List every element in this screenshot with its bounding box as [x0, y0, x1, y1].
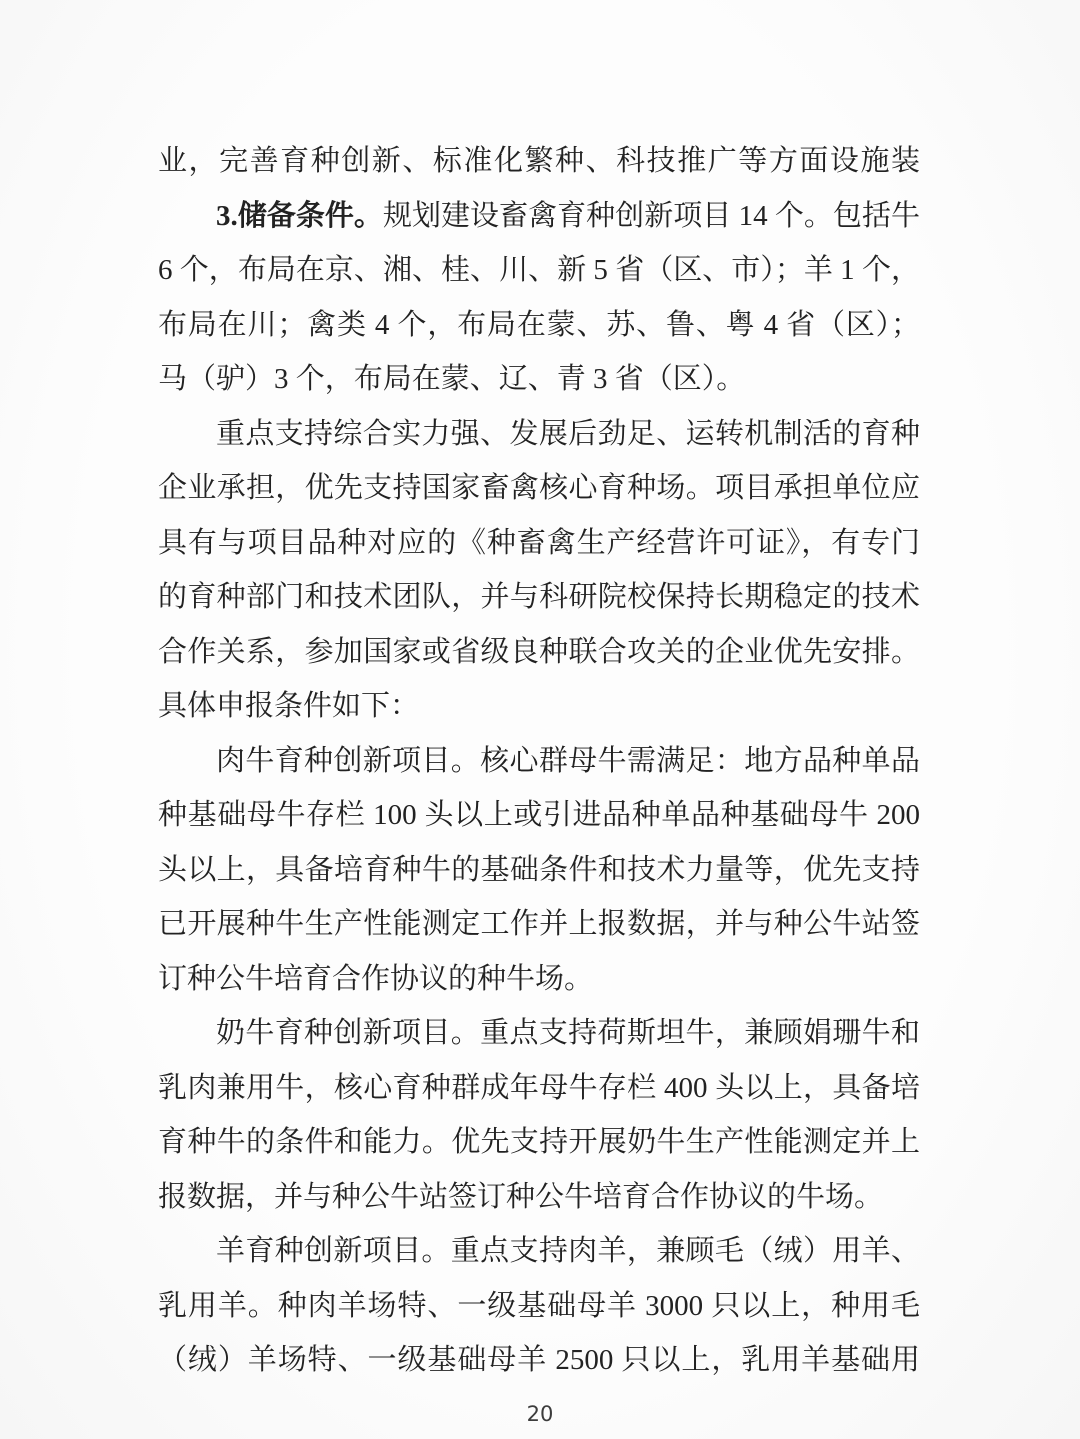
text-line: 羊育种创新项目。重点支持肉羊，兼顾毛（绒）用羊、	[158, 1224, 920, 1279]
text-line: 业，完善育种创新、标准化繁种、科技推广等方面设施装备。	[158, 134, 920, 189]
bold-heading-run: 3.储备条件。	[216, 200, 383, 232]
document-page: 业，完善育种创新、标准化繁种、科技推广等方面设施装备。3.储备条件。规划建设畜禽…	[0, 0, 1080, 1439]
text-line: 乳肉兼用牛，核心育种群成年母牛存栏 400 头以上，具备培	[158, 1061, 920, 1116]
text-run: 6 个，布局在京、湘、桂、川、新 5 省（区、市）；羊 1 个，	[158, 254, 920, 286]
text-run: 业，完善育种创新、标准化繁种、科技推广等方面设施装备。	[158, 145, 920, 189]
text-run: 头以上，具备培育种牛的基础条件和技术力量等，优先支持	[158, 854, 920, 886]
text-run: 企业承担，优先支持国家畜禽核心育种场。项目承担单位应	[158, 472, 920, 504]
text-line: （绒）羊场特、一级基础母羊 2500 只以上，乳用羊基础用	[158, 1333, 920, 1388]
text-run: 育种牛的条件和能力。优先支持开展奶牛生产性能测定并上	[158, 1126, 920, 1158]
text-run: 具体申报条件如下：	[158, 690, 419, 722]
text-run: 具有与项目品种对应的《种畜禽生产经营许可证》，有专门	[158, 527, 920, 559]
text-run: 规划建设畜禽育种创新项目 14 个。包括牛	[383, 200, 920, 232]
text-run: 合作关系，参加国家或省级良种联合攻关的企业优先安排。	[158, 636, 920, 668]
text-line: 乳用羊。种肉羊场特、一级基础母羊 3000 只以上，种用毛	[158, 1279, 920, 1334]
text-run: 羊育种创新项目。重点支持肉羊，兼顾毛（绒）用羊、	[216, 1235, 920, 1267]
text-line: 马（驴）3 个，布局在蒙、辽、青 3 省（区）。	[158, 352, 920, 407]
text-run: 报数据，并与种公牛站签订种公牛培育合作协议的牛场。	[158, 1181, 883, 1213]
text-line: 已开展种牛生产性能测定工作并上报数据，并与种公牛站签	[158, 897, 920, 952]
text-line: 报数据，并与种公牛站签订种公牛培育合作协议的牛场。	[158, 1170, 920, 1225]
text-line: 肉牛育种创新项目。核心群母牛需满足：地方品种单品	[158, 734, 920, 789]
text-line: 头以上，具备培育种牛的基础条件和技术力量等，优先支持	[158, 843, 920, 898]
text-run: （绒）羊场特、一级基础母羊 2500 只以上，乳用羊基础用	[158, 1344, 920, 1376]
text-line: 订种公牛培育合作协议的种牛场。	[158, 952, 920, 1007]
text-line: 育种牛的条件和能力。优先支持开展奶牛生产性能测定并上	[158, 1115, 920, 1170]
text-line: 3.储备条件。规划建设畜禽育种创新项目 14 个。包括牛	[158, 189, 920, 244]
text-line: 奶牛育种创新项目。重点支持荷斯坦牛，兼顾娟珊牛和	[158, 1006, 920, 1061]
text-run: 乳用羊。种肉羊场特、一级基础母羊 3000 只以上，种用毛	[158, 1290, 920, 1322]
text-line: 具体申报条件如下：	[158, 679, 920, 734]
text-run: 已开展种牛生产性能测定工作并上报数据，并与种公牛站签	[158, 908, 920, 940]
text-line: 6 个，布局在京、湘、桂、川、新 5 省（区、市）；羊 1 个，	[158, 243, 920, 298]
text-line: 布局在川；禽类 4 个，布局在蒙、苏、鲁、粤 4 省（区）；	[158, 298, 920, 353]
body-text: 业，完善育种创新、标准化繁种、科技推广等方面设施装备。3.储备条件。规划建设畜禽…	[158, 134, 920, 1388]
text-run: 订种公牛培育合作协议的种牛场。	[158, 963, 593, 995]
text-line: 企业承担，优先支持国家畜禽核心育种场。项目承担单位应	[158, 461, 920, 516]
text-line: 的育种部门和技术团队，并与科研院校保持长期稳定的技术	[158, 570, 920, 625]
text-run: 马（驴）3 个，布局在蒙、辽、青 3 省（区）。	[158, 363, 745, 395]
text-run: 的育种部门和技术团队，并与科研院校保持长期稳定的技术	[158, 581, 920, 613]
text-run: 种基础母牛存栏 100 头以上或引进品种单品种基础母牛 200	[158, 799, 920, 831]
page-number: 20	[0, 1402, 1080, 1426]
text-line: 重点支持综合实力强、发展后劲足、运转机制活的育种	[158, 407, 920, 462]
text-run: 奶牛育种创新项目。重点支持荷斯坦牛，兼顾娟珊牛和	[216, 1017, 920, 1049]
text-line: 合作关系，参加国家或省级良种联合攻关的企业优先安排。	[158, 625, 920, 680]
text-run: 布局在川；禽类 4 个，布局在蒙、苏、鲁、粤 4 省（区）；	[158, 309, 920, 341]
text-run: 肉牛育种创新项目。核心群母牛需满足：地方品种单品	[216, 745, 920, 777]
text-line: 种基础母牛存栏 100 头以上或引进品种单品种基础母牛 200	[158, 788, 920, 843]
text-run: 乳肉兼用牛，核心育种群成年母牛存栏 400 头以上，具备培	[158, 1072, 920, 1104]
text-run: 重点支持综合实力强、发展后劲足、运转机制活的育种	[216, 418, 920, 450]
text-line: 具有与项目品种对应的《种畜禽生产经营许可证》，有专门	[158, 516, 920, 571]
